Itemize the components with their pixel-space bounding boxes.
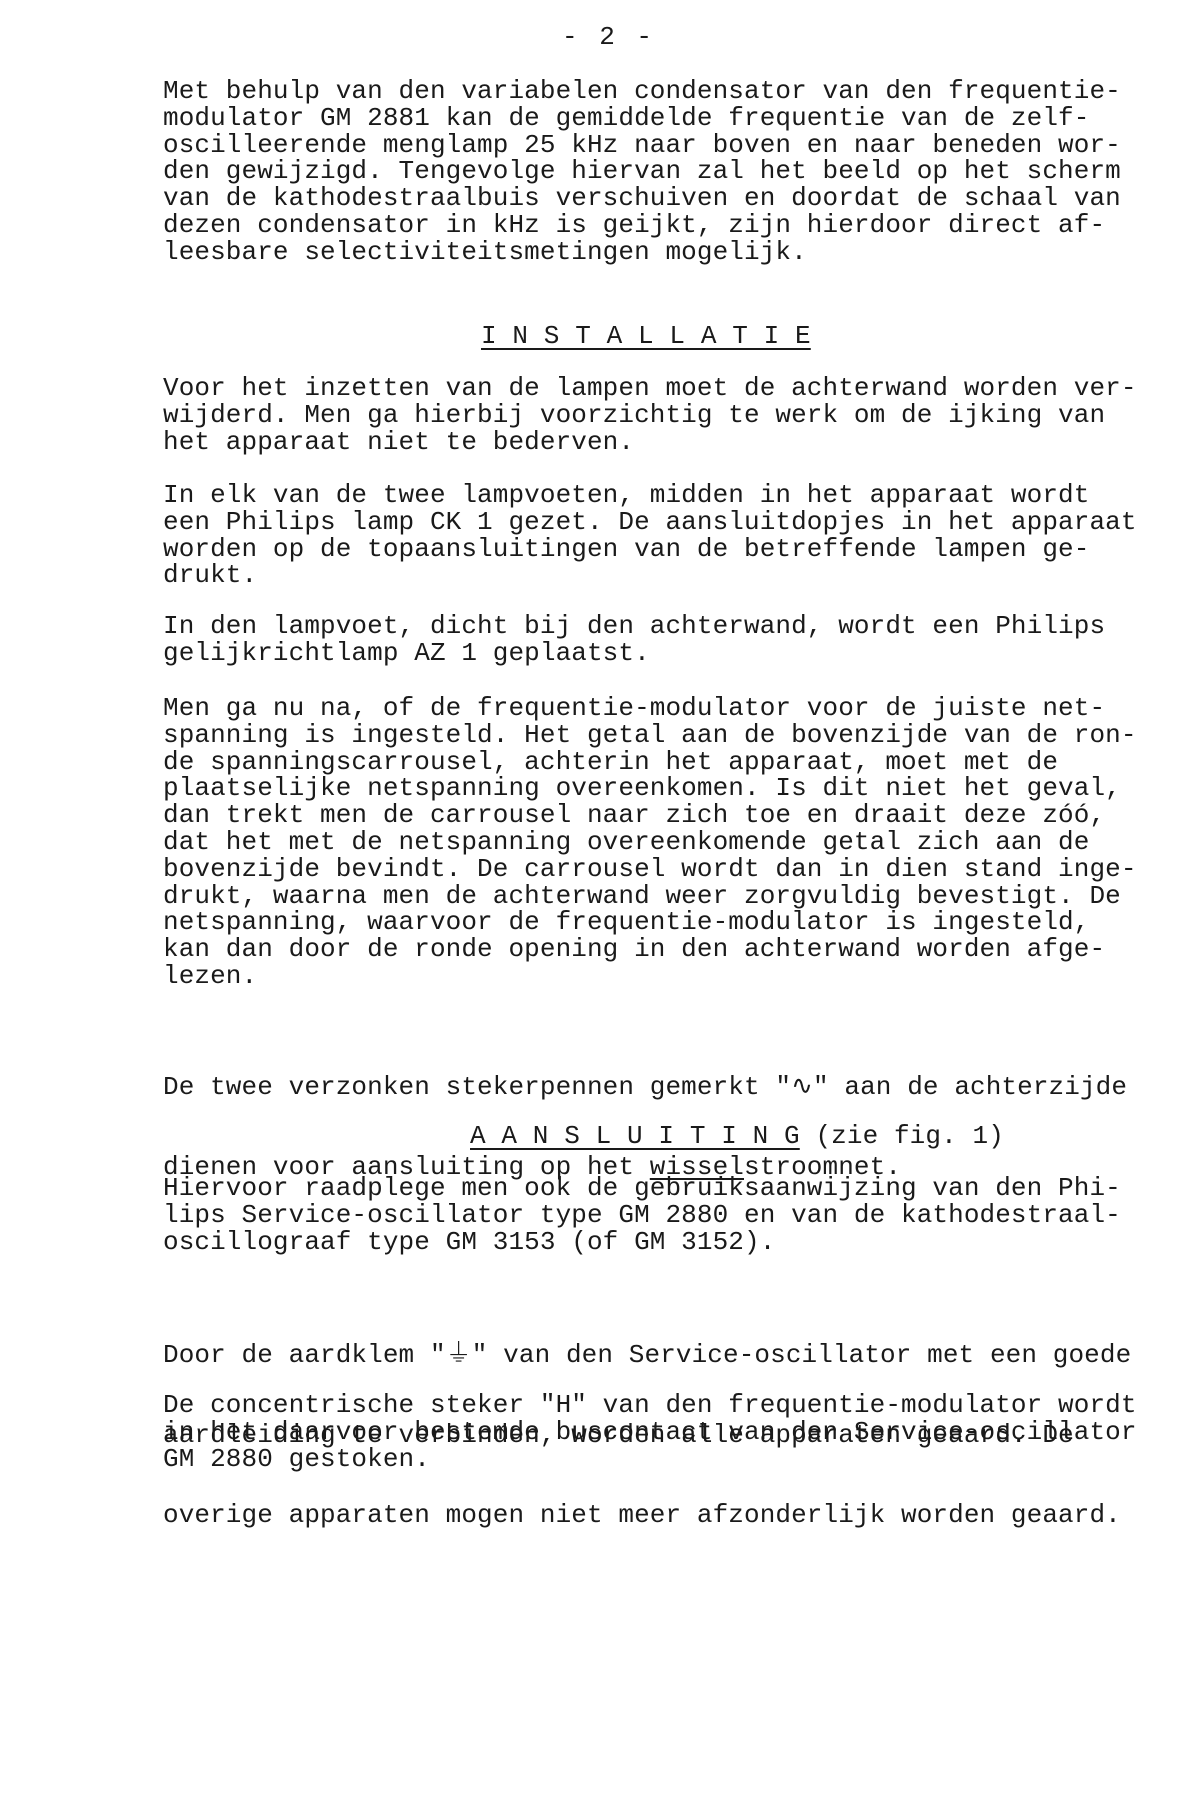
text-line: In den lampvoet, dicht bij den achterwan… xyxy=(163,613,1105,640)
paragraph-consult-manuals: Hiervoor raadplege men ook de gebruiksaa… xyxy=(163,1175,1121,1255)
text-line: dezen condensator in kHz is geijkt, zijn… xyxy=(163,212,1121,239)
heading-text: A A N S L U I T I N G xyxy=(470,1121,800,1151)
text-line: het apparaat niet te bederven. xyxy=(163,429,1137,456)
text-line: oscillograaf type GM 3153 (of GM 3152). xyxy=(163,1229,1121,1256)
text-fragment: " aan de achterzijde xyxy=(813,1072,1127,1102)
text-fragment: " van den Service-oscillator met een goe… xyxy=(472,1340,1132,1370)
text-line: drukt. xyxy=(163,562,1137,589)
text-line: overige apparaten mogen niet meer afzond… xyxy=(163,1502,1131,1529)
text-line: Men ga nu na, of de frequentie-modulator… xyxy=(163,695,1137,722)
paragraph-remove-back-panel: Voor het inzetten van de lampen moet de … xyxy=(163,375,1137,455)
text-line: drukt, waarna men de achterwand weer zor… xyxy=(163,883,1137,910)
paragraph-lamp-sockets: In elk van de twee lampvoeten, midden in… xyxy=(163,482,1137,589)
earth-symbol-icon: ⏚ xyxy=(446,1340,472,1370)
section-heading-aansluiting: A A N S L U I T I N G (zie fig. 1) xyxy=(470,1123,1004,1150)
section-heading-installatie: I N S T A L L A T I E xyxy=(481,323,811,350)
heading-text: I N S T A L L A T I E xyxy=(481,321,811,351)
heading-note: (zie fig. 1) xyxy=(800,1121,1004,1151)
document-page: - 2 - Met behulp van den variabelen cond… xyxy=(0,0,1181,1815)
text-line: van de kathodestraalbuis verschuiven en … xyxy=(163,185,1121,212)
text-line: den gewijzigd. Tengevolge hiervan zal he… xyxy=(163,158,1121,185)
text-line: De twee verzonken stekerpennen gemerkt "… xyxy=(163,1074,1127,1101)
paragraph-concentric-plug: De concentrische steker "H" van den freq… xyxy=(163,1392,1137,1472)
text-line: wijderd. Men ga hierbij voorzichtig te w… xyxy=(163,402,1137,429)
ac-symbol-icon: ∿ xyxy=(791,1072,813,1102)
page-number: - 2 - xyxy=(562,24,655,51)
text-line: plaatselijke netspanning overeenkomen. I… xyxy=(163,775,1137,802)
text-line: bovenzijde bevindt. De carrousel wordt d… xyxy=(163,856,1137,883)
text-line: modulator GM 2881 kan de gemiddelde freq… xyxy=(163,105,1121,132)
paragraph-rectifier-lamp: In den lampvoet, dicht bij den achterwan… xyxy=(163,613,1105,667)
text-line: Met behulp van den variabelen condensato… xyxy=(163,78,1121,105)
paragraph-frequency-modulation: Met behulp van den variabelen condensato… xyxy=(163,78,1121,266)
text-line: GM 2880 gestoken. xyxy=(163,1446,1137,1473)
text-line: De concentrische steker "H" van den freq… xyxy=(163,1392,1137,1419)
text-line: leesbare selectiviteitsmetingen mogelijk… xyxy=(163,239,1121,266)
text-fragment: Door de aardklem " xyxy=(163,1340,446,1370)
text-line: de spanningscarrousel, achterin het appa… xyxy=(163,749,1137,776)
text-fragment: De twee verzonken stekerpennen gemerkt " xyxy=(163,1072,791,1102)
text-line: Voor het inzetten van de lampen moet de … xyxy=(163,375,1137,402)
text-line: oscilleerende menglamp 25 kHz naar boven… xyxy=(163,132,1121,159)
text-line: een Philips lamp CK 1 gezet. De aansluit… xyxy=(163,509,1137,536)
text-line: Hiervoor raadplege men ook de gebruiksaa… xyxy=(163,1175,1121,1202)
text-line: gelijkrichtlamp AZ 1 geplaatst. xyxy=(163,640,1105,667)
text-line: dan trekt men de carrousel naar zich toe… xyxy=(163,802,1137,829)
text-line: dat het met de netspanning overeenkomend… xyxy=(163,829,1137,856)
text-line: Door de aardklem "⏚" van den Service-osc… xyxy=(163,1342,1131,1369)
text-line: worden op de topaansluitingen van de bet… xyxy=(163,536,1137,563)
text-line: netspanning, waarvoor de frequentie-modu… xyxy=(163,909,1137,936)
text-line: lezen. xyxy=(163,963,1137,990)
text-line: in het daarvoor bestemde buscontact van … xyxy=(163,1419,1137,1446)
paragraph-mains-voltage: Men ga nu na, of de frequentie-modulator… xyxy=(163,695,1137,990)
text-line: lips Service-oscillator type GM 2880 en … xyxy=(163,1202,1121,1229)
text-line: kan dan door de ronde opening in den ach… xyxy=(163,936,1137,963)
text-line: In elk van de twee lampvoeten, midden in… xyxy=(163,482,1137,509)
text-line: spanning is ingesteld. Het getal aan de … xyxy=(163,722,1137,749)
